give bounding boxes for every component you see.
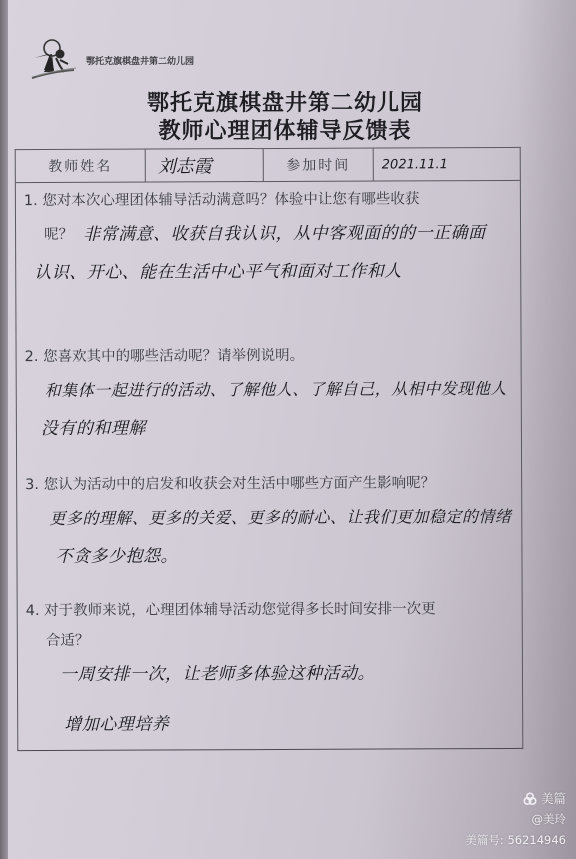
attendance-date: 2021.11.1 <box>382 157 448 172</box>
teacher-name: 刘志霞 <box>158 152 212 178</box>
kindergarten-logo-icon <box>30 36 82 80</box>
question-1: 1. 您对本次心理团体辅导活动满意吗？体验中让您有哪些收获 呢？ 非常满意、收获… <box>16 184 520 292</box>
name-value-cell: 刘志霞 <box>146 149 264 182</box>
name-label-cell: 教师姓名 <box>16 150 146 183</box>
question-text-cont: 呢？ <box>24 220 73 250</box>
question-text: 对于教师来说，心理团体辅导活动您觉得多长时间安排一次更 <box>44 601 436 619</box>
question-text-cont: 合适？ <box>26 633 90 649</box>
question-4: 4. 对于教师来说，心理团体辅导活动您觉得多长时间安排一次更 合适？ 一周安排一… <box>18 594 523 744</box>
feedback-form: 教师姓名 刘志霞 参加时间 2021.11.1 1. 您对本次心理团体辅导活动满… <box>15 147 524 751</box>
answer-text: 更多的理解、更多的关爱、更多的耐心、让我们更加稳定的情绪 <box>17 498 521 538</box>
question-2: 2. 您喜欢其中的哪些活动呢？请举例说明。 和集体一起进行的活动、了解他人、了解… <box>17 340 521 448</box>
teacher-info-row: 教师姓名 刘志霞 参加时间 2021.11.1 <box>16 148 520 183</box>
date-label-cell: 参加时间 <box>264 149 374 181</box>
meipian-watermark: 美篇 @美玲 美篇号: 56214946 <box>465 788 566 851</box>
answer-text: 一周安排一次，让老师多体验这种活动。 <box>18 654 522 694</box>
answer-text: 非常满意、收获自我认识，从中客观面的的一正确面 <box>83 214 486 254</box>
answer-text: 和集体一起进行的活动、了解他人、了解自己，从相中发现他人 <box>17 370 521 410</box>
answer-text-cont: 不贪多少抱怨。 <box>17 536 521 576</box>
question-number: 1. <box>24 193 38 209</box>
answer-text-cont: 没有的和理解 <box>17 408 521 448</box>
answer-text-cont: 增加心理培养 <box>18 704 522 744</box>
question-text: 您对本次心理团体辅导活动满意吗？体验中让您有哪些收获 <box>42 191 419 209</box>
question-text: 您喜欢其中的哪些活动呢？请举例说明。 <box>43 348 304 365</box>
meipian-logo-icon <box>523 792 537 806</box>
question-number: 2. <box>25 349 39 365</box>
question-number: 3. <box>25 477 39 493</box>
form-title: 教师心理团体辅导反馈表 <box>25 114 545 145</box>
question-text: 您认为活动中的启发和收获会对生活中哪些方面产生影响呢？ <box>44 475 436 493</box>
page-binding-shadow <box>0 0 8 859</box>
watermark-author: @美玲 <box>465 809 566 830</box>
date-value-cell: 2021.11.1 <box>374 148 520 181</box>
date-label: 参加时间 <box>286 155 350 175</box>
name-label: 教师姓名 <box>48 156 112 176</box>
kindergarten-logo: 鄂托克旗棋盘井第二幼儿园 <box>30 36 194 80</box>
question-3: 3. 您认为活动中的启发和收获会对生活中哪些方面产生影响呢？ 更多的理解、更多的… <box>17 468 521 576</box>
school-name-title: 鄂托克旗棋盘井第二幼儿园 <box>25 86 545 117</box>
logo-text: 鄂托克旗棋盘井第二幼儿园 <box>86 54 194 67</box>
answer-text-cont: 认识、开心、能在生活中心平气和面对工作和人 <box>16 252 520 292</box>
watermark-brand: 美篇 <box>541 788 566 809</box>
watermark-id: 美篇号: 56214946 <box>465 830 566 851</box>
question-number: 4. <box>26 603 40 619</box>
